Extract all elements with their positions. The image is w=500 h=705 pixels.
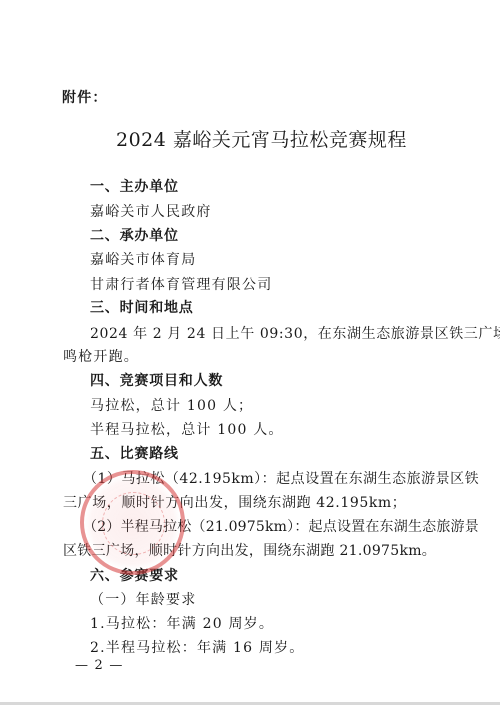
section-line: 马拉松，总计 100 人； xyxy=(90,396,253,416)
section-heading-organizer: 一、主办单位 xyxy=(90,177,179,197)
section-line: 2.半程马拉松：年满 16 周岁。 xyxy=(90,638,304,658)
section-line: 嘉峪关市人民政府 xyxy=(90,202,212,222)
section-line: 嘉峪关市体育局 xyxy=(90,250,196,270)
subsection-heading-age: （一）年龄要求 xyxy=(90,590,196,610)
section-heading-events: 四、竞赛项目和人数 xyxy=(90,371,223,391)
section-heading-route: 五、比赛路线 xyxy=(90,444,179,464)
section-line: 甘肃行者体育管理有限公司 xyxy=(90,275,272,295)
official-seal-stamp xyxy=(80,470,185,575)
section-line: 鸣枪开跑。 xyxy=(63,347,139,367)
section-line: 半程马拉松，总计 100 人。 xyxy=(90,420,284,440)
document-page: 附件： 2024 嘉峪关元宵马拉松竞赛规程 一、主办单位 嘉峪关市人民政府 二、… xyxy=(0,0,500,705)
section-heading-host: 二、承办单位 xyxy=(90,226,179,246)
attachment-label: 附件： xyxy=(62,88,108,108)
page-number: — 2 — xyxy=(75,656,124,676)
seal-inner-ring xyxy=(102,492,165,555)
section-line: 2024 年 2 月 24 日上午 09:30，在东湖生态旅游景区铁三广场 xyxy=(90,324,500,344)
document-title: 2024 嘉峪关元宵马拉松竞赛规程 xyxy=(116,130,407,150)
section-heading-time-place: 三、时间和地点 xyxy=(90,298,194,318)
section-line: 1.马拉松：年满 20 周岁。 xyxy=(90,614,274,634)
